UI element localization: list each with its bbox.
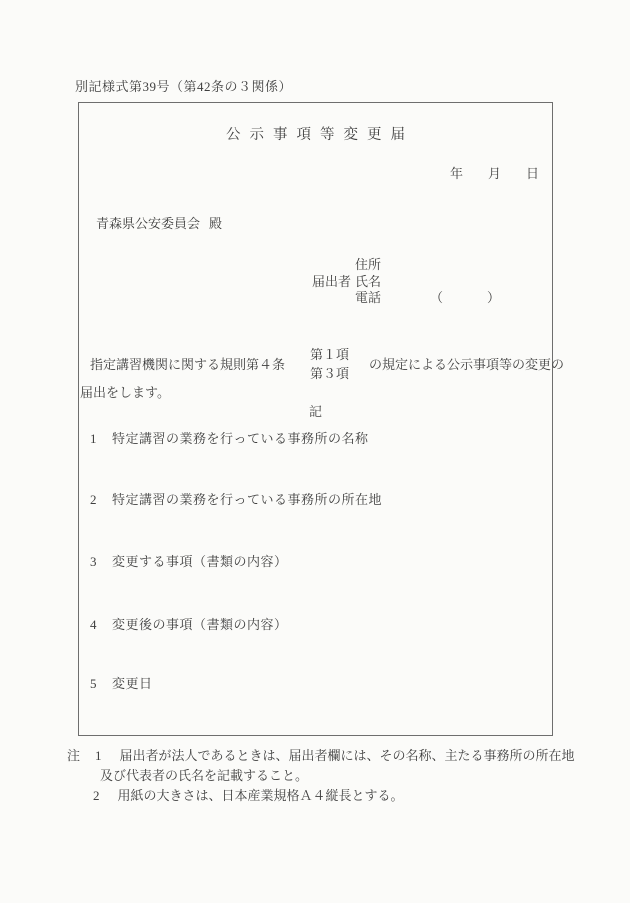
item-row-2: 2 特定講習の業務を行っている事務所の所在地: [90, 491, 382, 508]
note-number: 1: [95, 747, 102, 764]
record-heading: 記: [79, 403, 552, 420]
date-line: 年 月 日: [450, 165, 539, 182]
clause-option-1: 第１項: [310, 345, 349, 364]
form-title: 公示事項等変更届: [79, 126, 552, 144]
date-month-label: 月: [488, 165, 501, 182]
item-row-1: 1 特定講習の業務を行っている事務所の名称: [90, 430, 369, 447]
item-number: 1: [90, 430, 97, 447]
item-label: 変更日: [112, 675, 153, 692]
item-label: 変更する事項（書類の内容）: [112, 553, 288, 570]
item-row-5: 5 変更日: [90, 675, 153, 692]
document-page: 別記様式第39号（第42条の３関係） 公示事項等変更届 年 月 日 青森県公安委…: [0, 0, 630, 903]
item-row-4: 4 変更後の事項（書類の内容）: [90, 616, 288, 633]
declarant-phone-label: 電話: [355, 290, 381, 305]
item-label: 変更後の事項（書類の内容）: [112, 616, 288, 633]
note-number: 2: [93, 787, 100, 804]
note-text: 届出者が法人であるときは、届出者欄には、その名称、主たる事務所の所在地: [120, 747, 575, 764]
note-row-1: 1 届出者が法人であるときは、届出者欄には、その名称、主たる事務所の所在地: [95, 747, 575, 764]
form-number: 別記様式第39号（第42条の３関係）: [75, 78, 292, 95]
item-number: 5: [90, 675, 97, 692]
date-year-label: 年: [450, 165, 463, 182]
regulation-prefix: 指定講習機関に関する規則第４条: [90, 356, 285, 373]
clause-option-2: 第３項: [310, 364, 349, 383]
notes-label: 注: [67, 747, 80, 764]
declarant-label: 届出者: [312, 273, 351, 290]
item-number: 4: [90, 616, 97, 633]
note-row-1-continuation: 及び代表者の氏名を記載すること。: [100, 767, 308, 784]
declarant-fields: 住所 氏名 電話 （ ）: [355, 257, 515, 307]
item-label: 特定講習の業務を行っている事務所の名称: [112, 430, 369, 447]
declarant-block: 届出者 住所 氏名 電話 （ ）: [312, 257, 515, 307]
addressee-honorific: 殿: [209, 216, 222, 231]
regulation-sentence: 指定講習機関に関する規則第４条 第１項 第３項 の規定による公示事項等の変更の: [90, 345, 564, 383]
note-row-2: 2 用紙の大きさは、日本産業規格Ａ４縦長とする。: [93, 787, 404, 804]
phone-paren-close: ）: [487, 290, 500, 307]
item-number: 2: [90, 491, 97, 508]
phone-paren-open: （: [430, 290, 443, 307]
regulation-suffix: の規定による公示事項等の変更の: [369, 356, 564, 373]
declarant-address-label: 住所: [355, 257, 515, 274]
item-label: 特定講習の業務を行っている事務所の所在地: [112, 491, 382, 508]
item-number: 3: [90, 553, 97, 570]
note-text: 用紙の大きさは、日本産業規格Ａ４縦長とする。: [118, 787, 404, 804]
declarant-name-label: 氏名: [355, 274, 515, 291]
regulation-continuation: 届出をします。: [80, 384, 170, 401]
date-day-label: 日: [526, 165, 539, 182]
addressee-line: 青森県公安委員会殿: [96, 215, 222, 232]
item-row-3: 3 変更する事項（書類の内容）: [90, 553, 288, 570]
declarant-phone-row: 電話 （ ）: [355, 290, 515, 307]
form-border-box: 公示事項等変更届 年 月 日 青森県公安委員会殿 届出者 住所 氏名 電話 （ …: [78, 102, 553, 736]
clause-options: 第１項 第３項: [310, 345, 349, 383]
addressee-name: 青森県公安委員会: [96, 216, 200, 231]
